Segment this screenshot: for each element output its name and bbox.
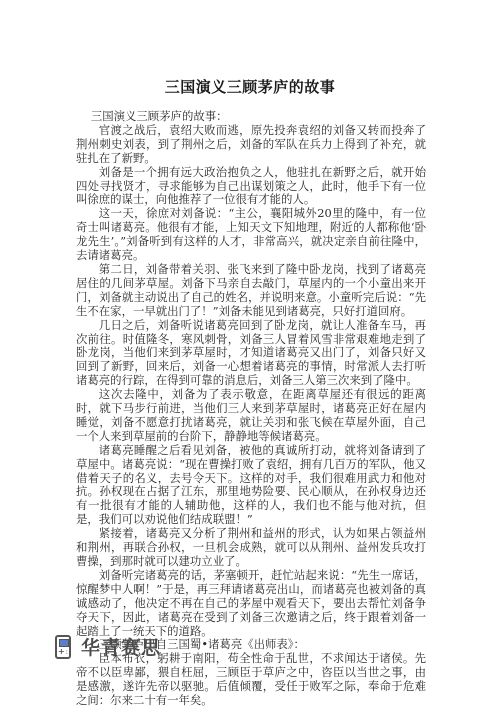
document-title: 三国演义三顾茅庐的故事 bbox=[0, 76, 500, 97]
paragraph-intro: 三国演义三顾茅庐的故事： bbox=[76, 110, 426, 124]
paragraph-quote: 臣本布衣，躬耕于南阳，苟全性命于乱世，不求闻达于诸侯。先帝不以臣卑鄙，猥自枉屈，… bbox=[76, 652, 426, 707]
document-body: 三国演义三顾茅庐的故事： 官渡之战后，袁绍大败而逃，原先投奔袁绍的刘备又转而投奔… bbox=[76, 110, 426, 707]
brand-name: 华青赛思 bbox=[81, 633, 161, 660]
paragraph: 刘备是一个拥有远大政治抱负之人，他驻扎在新野之后，就开始四处寻找贤才，寻求能够为… bbox=[76, 166, 426, 208]
paragraph: 第二日，刘备带着关羽、张飞来到了隆中卧龙岗，找到了诸葛亮居住的几间茅草屋。刘备下… bbox=[76, 263, 426, 319]
paragraph: 诸葛亮睡醒之后看见刘备，被他的真诚所打动，就将刘备请到了草屋中。诸葛亮说：“现在… bbox=[76, 444, 426, 527]
game-console-icon: + : bbox=[55, 635, 71, 659]
paragraph: 几日之后，刘备听说诸葛亮回到了卧龙岗，就让人准备车马，再次前往。时值隆冬，寒风刺… bbox=[76, 319, 426, 389]
paragraph: 这一天，徐庶对刘备说：“主公，襄阳城外20里的隆中，有一位奇士叫诸葛亮。他很有才… bbox=[76, 207, 426, 263]
paragraph: 官渡之战后，袁绍大败而逃，原先投奔袁绍的刘备又转而投奔了荆州刺史刘表，到了荆州之… bbox=[76, 124, 426, 166]
brand-logo: + : 华青赛思 bbox=[55, 633, 161, 660]
paragraph: 刘备听完诸葛亮的话，茅塞顿开，赶忙站起来说：“先生一席话，惊醒梦中人啊！”于是，… bbox=[76, 569, 426, 639]
paragraph: 这次去隆中，刘备为了表示敬意，在距离草屋还有很远的距离时，就下马步行前进，当他们… bbox=[76, 388, 426, 444]
paragraph: 紧接着，诸葛亮又分析了荆州和益州的形式，认为如果占领益州和荆州，再联合孙权，一旦… bbox=[76, 527, 426, 569]
